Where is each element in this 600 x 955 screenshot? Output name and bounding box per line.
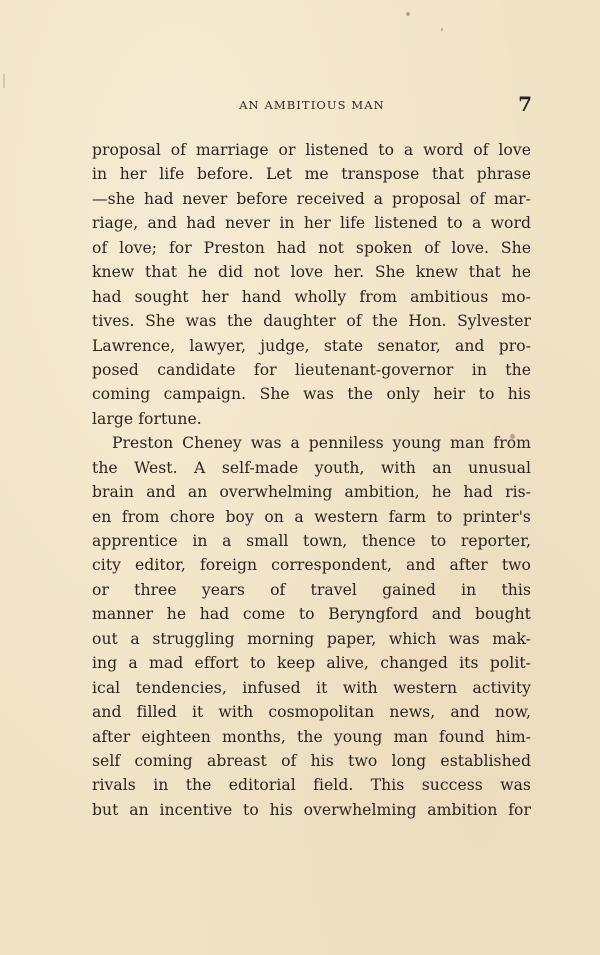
body-text: proposal of marriage or listened to a wo… [92, 138, 531, 822]
text-line: city editor, foreign correspondent, and … [92, 553, 531, 577]
text-line: after eighteen months, the young man fou… [92, 725, 531, 749]
text-line: the West. A self-made youth, with an unu… [92, 456, 531, 480]
text-line: but an incentive to his overwhelming amb… [92, 798, 531, 822]
paragraph-end-line: large fortune. [92, 407, 531, 431]
text-line: tives. She was the daughter of the Hon. … [92, 309, 531, 333]
page-number: 7 [518, 92, 532, 116]
text-line: rivals in the editorial field. This succ… [92, 773, 531, 797]
text-line: proposal of marriage or listened to a wo… [92, 138, 531, 162]
text-line: out a struggling morning paper, which wa… [92, 627, 531, 651]
paper-speck [406, 12, 410, 16]
text-line: knew that he did not love her. She knew … [92, 260, 531, 284]
text-line: manner he had come to Beryngford and bou… [92, 602, 531, 626]
running-head: AN AMBITIOUS MAN 7 [92, 94, 532, 114]
text-line: self coming abreast of his two long esta… [92, 749, 531, 773]
paper-speck [441, 28, 443, 31]
text-line: —she had never before received a proposa… [92, 187, 531, 211]
text-line: en from chore boy on a western farm to p… [92, 505, 531, 529]
text-line: coming campaign. She was the only heir t… [92, 382, 531, 406]
margin-mark [3, 74, 5, 88]
text-line: ing a mad effort to keep alive, changed … [92, 651, 531, 675]
text-line: riage, and had never in her life listene… [92, 211, 531, 235]
book-page: AN AMBITIOUS MAN 7 proposal of marriage … [0, 0, 600, 955]
text-line: of love; for Preston had not spoken of l… [92, 236, 531, 260]
text-line: in her life before. Let me transpose tha… [92, 162, 531, 186]
text-line: ical tendencies, infused it with western… [92, 676, 531, 700]
text-line: or three years of travel gained in this [92, 578, 531, 602]
text-line: had sought her hand wholly from ambitiou… [92, 285, 531, 309]
text-line: posed candidate for lieutenant-governor … [92, 358, 531, 382]
text-line: brain and an overwhelming ambition, he h… [92, 480, 531, 504]
running-title: AN AMBITIOUS MAN [92, 98, 532, 112]
text-line: apprentice in a small town, thence to re… [92, 529, 531, 553]
text-line: Lawrence, lawyer, judge, state senator, … [92, 334, 531, 358]
text-line: and filled it with cosmopolitan news, an… [92, 700, 531, 724]
paragraph-start-line: Preston Cheney was a penniless young man… [92, 431, 531, 455]
